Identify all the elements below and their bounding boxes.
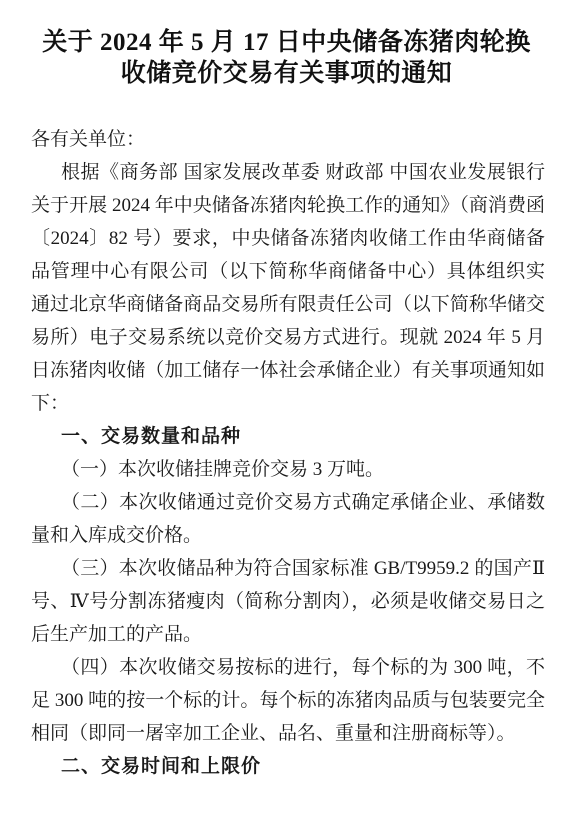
- notice-title-line-2: 收储竞价交易有关事项的通知: [16, 58, 557, 89]
- text-line: （一）本次收储挂牌竞价交易 3 万吨。: [31, 453, 545, 486]
- text-line: （三）本次收储品种为符合国家标准 GB/T9959.2 的国产Ⅱ: [31, 552, 545, 585]
- text-line: 后生产加工的产品。: [31, 618, 545, 651]
- text-line: （四）本次收储交易按标的进行，每个标的为 300 吨，不: [31, 651, 545, 684]
- notice-body: 各有关单位：根据《商务部 国家发展改革委 财政部 中国农业发展银行关于开展 20…: [31, 123, 545, 783]
- text-line: （二）本次收储通过竞价交易方式确定承储企业、承储数: [31, 486, 545, 519]
- text-line: 各有关单位：: [31, 123, 545, 156]
- section-heading: 一、交易数量和品种: [31, 420, 545, 453]
- text-line: 相同（即同一屠宰加工企业、品名、重量和注册商标等）。: [31, 717, 545, 750]
- text-line: 足 300 吨的按一个标的计。每个标的冻猪肉品质与包装要完全: [31, 684, 545, 717]
- text-line: 号、Ⅳ号分割冻猪瘦肉（简称分割肉），必须是收储交易日之: [31, 585, 545, 618]
- text-line: 日冻猪肉收储（加工储存一体社会承储企业）有关事项通知如: [31, 354, 545, 387]
- text-line: 通过北京华商储备商品交易所有限责任公司（以下简称华储交: [31, 288, 545, 321]
- text-line: 下：: [31, 387, 545, 420]
- notice-title-line-1: 关于 2024 年 5 月 17 日中央储备冻猪肉轮换: [16, 27, 557, 58]
- section-heading: 二、交易时间和上限价: [31, 750, 545, 783]
- text-line: 易所）电子交易系统以竞价交易方式进行。现就 2024 年 5 月 17: [31, 321, 545, 354]
- text-line: 关于开展 2024 年中央储备冻猪肉轮换工作的通知》（商消费函: [31, 189, 545, 222]
- text-line: 〔2024〕82 号）要求，中央储备冻猪肉收储工作由华商储备商: [31, 222, 545, 255]
- text-line: 品管理中心有限公司（以下简称华商储备中心）具体组织实施，: [31, 255, 545, 288]
- notice-page: 关于 2024 年 5 月 17 日中央储备冻猪肉轮换 收储竞价交易有关事项的通…: [0, 0, 573, 817]
- text-line: 量和入库成交价格。: [31, 519, 545, 552]
- notice-title: 关于 2024 年 5 月 17 日中央储备冻猪肉轮换 收储竞价交易有关事项的通…: [16, 27, 557, 89]
- text-line: 根据《商务部 国家发展改革委 财政部 中国农业发展银行: [31, 156, 545, 189]
